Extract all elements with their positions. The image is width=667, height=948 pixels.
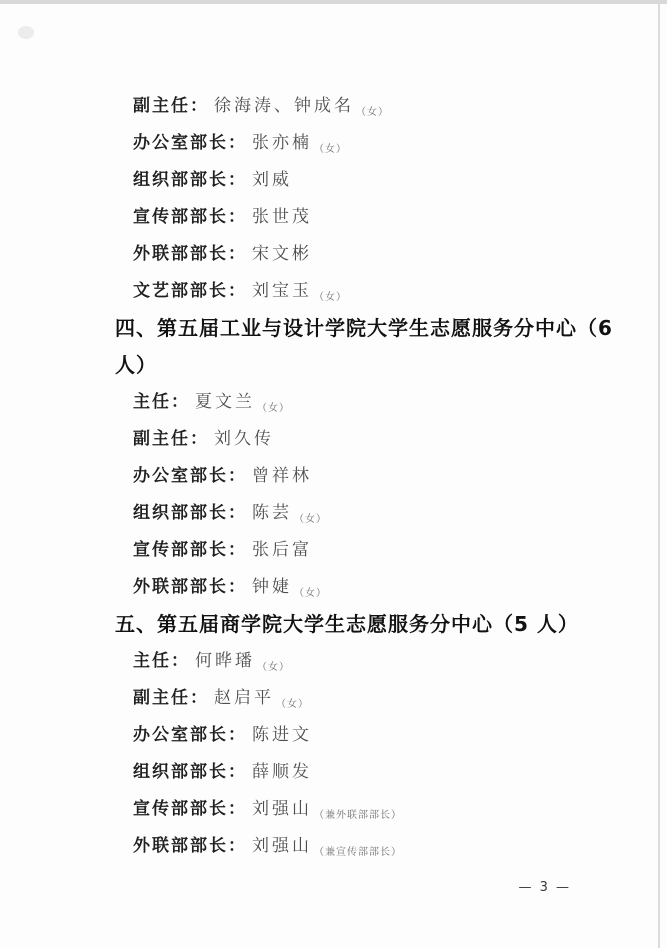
gender-note: （女） [314, 144, 347, 155]
scan-top-edge [0, 0, 667, 4]
entry-row: 主任：何晔璠（女） [133, 643, 592, 680]
entry-row: 宣传部部长：张后富 [133, 532, 592, 569]
position-label: 副主任： [133, 96, 209, 116]
person-name: 何晔璠 [195, 651, 255, 671]
gender-note: （女） [356, 107, 389, 118]
position-label: 办公室部长： [133, 466, 247, 486]
position-label: 主任： [133, 392, 190, 412]
gender-note: （女） [276, 699, 309, 710]
person-name: 张世茂 [252, 207, 312, 227]
position-label: 主任： [133, 651, 190, 671]
person-name: 徐海涛、钟成名 [214, 96, 354, 116]
position-label: 宣传部部长： [133, 540, 247, 560]
person-name: 张后富 [252, 540, 312, 560]
gender-note: （女） [294, 514, 327, 525]
position-label: 外联部部长： [133, 577, 247, 597]
entry-row: 宣传部部长：刘强山（兼外联部部长） [133, 791, 592, 828]
document-body: 副主任：徐海涛、钟成名（女） 办公室部长：张亦楠（女） 组织部部长：刘威 宣传部… [75, 88, 592, 865]
position-label: 文艺部部长： [133, 281, 247, 301]
person-name: 刘威 [252, 170, 292, 190]
concurrent-post-note: （兼宣传部部长） [314, 847, 402, 858]
gender-note: （女） [294, 588, 327, 599]
scan-right-edge [658, 4, 660, 948]
entry-row: 办公室部长：张亦楠（女） [133, 125, 592, 162]
person-name: 薛顺发 [252, 762, 312, 782]
person-name: 曾祥林 [252, 466, 312, 486]
entry-row: 主任：夏文兰（女） [133, 384, 592, 421]
position-label: 外联部部长： [133, 836, 247, 856]
document-page: 副主任：徐海涛、钟成名（女） 办公室部长：张亦楠（女） 组织部部长：刘威 宣传部… [0, 0, 667, 948]
person-name: 陈芸 [252, 503, 292, 523]
gender-note: （女） [314, 292, 347, 303]
gender-note: （女） [257, 662, 290, 673]
position-label: 组织部部长： [133, 762, 247, 782]
page-number: — 3 — [518, 880, 571, 895]
position-label: 组织部部长： [133, 170, 247, 190]
entry-row: 组织部部长：刘威 [133, 162, 592, 199]
person-name: 陈进文 [252, 725, 312, 745]
person-name: 夏文兰 [195, 392, 255, 412]
scan-artifact [18, 26, 34, 39]
entry-row: 组织部部长：陈芸（女） [133, 495, 592, 532]
person-name: 赵启平 [214, 688, 274, 708]
position-label: 宣传部部长： [133, 207, 247, 227]
section-heading-5: 五、第五届商学院大学生志愿服务分中心（5 人） [115, 606, 592, 643]
entry-row: 外联部部长：宋文彬 [133, 236, 592, 273]
entry-row: 副主任：徐海涛、钟成名（女） [133, 88, 592, 125]
section-heading-4-line1: 四、第五届工业与设计学院大学生志愿服务分中心（6 [115, 310, 592, 347]
position-label: 组织部部长： [133, 503, 247, 523]
person-name: 刘久传 [214, 429, 274, 449]
entry-row: 办公室部长：陈进文 [133, 717, 592, 754]
section-heading-4-line2: 人） [115, 347, 592, 384]
entry-row: 外联部部长：钟婕（女） [133, 569, 592, 606]
person-name: 张亦楠 [252, 133, 312, 153]
person-name: 宋文彬 [252, 244, 312, 264]
person-name: 刘强山 [252, 799, 312, 819]
position-label: 副主任： [133, 688, 209, 708]
position-label: 宣传部部长： [133, 799, 247, 819]
person-name: 刘宝玉 [252, 281, 312, 301]
position-label: 办公室部长： [133, 725, 247, 745]
entry-row: 文艺部部长：刘宝玉（女） [133, 273, 592, 310]
entry-row: 外联部部长：刘强山（兼宣传部部长） [133, 828, 592, 865]
entry-row: 副主任：赵启平（女） [133, 680, 592, 717]
position-label: 外联部部长： [133, 244, 247, 264]
concurrent-post-note: （兼外联部部长） [314, 810, 402, 821]
entry-row: 组织部部长：薛顺发 [133, 754, 592, 791]
person-name: 钟婕 [252, 577, 292, 597]
person-name: 刘强山 [252, 836, 312, 856]
gender-note: （女） [257, 403, 290, 414]
entry-row: 副主任：刘久传 [133, 421, 592, 458]
entry-row: 宣传部部长：张世茂 [133, 199, 592, 236]
position-label: 副主任： [133, 429, 209, 449]
entry-row: 办公室部长：曾祥林 [133, 458, 592, 495]
position-label: 办公室部长： [133, 133, 247, 153]
